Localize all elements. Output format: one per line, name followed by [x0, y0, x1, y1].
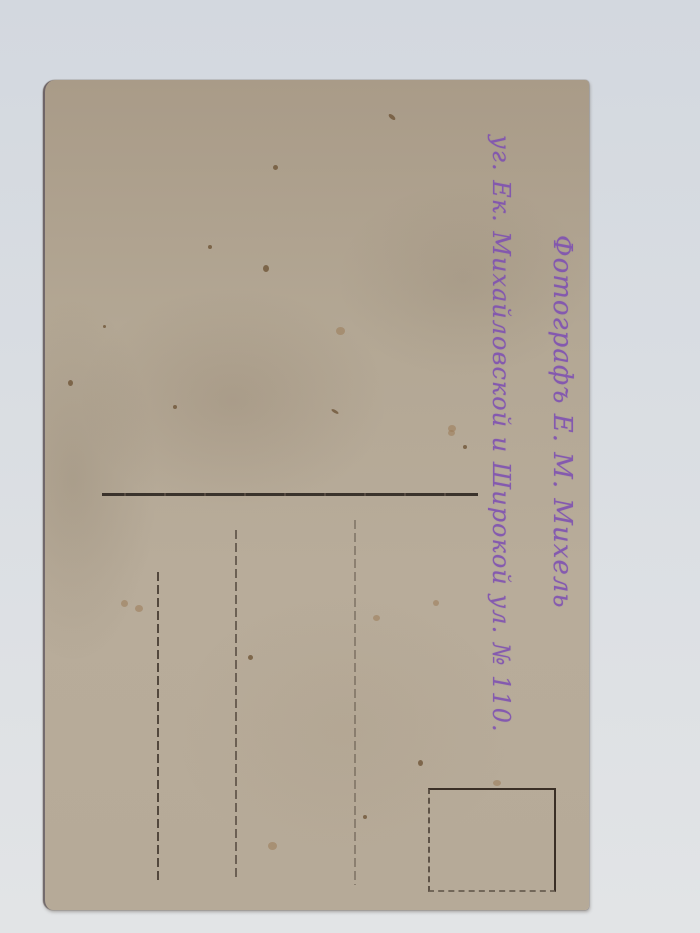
- stain: [418, 760, 423, 766]
- stain: [208, 245, 212, 249]
- stain: [135, 605, 143, 612]
- stain: [173, 405, 177, 409]
- address-line: [157, 572, 159, 884]
- photographer-stamp-name: Фотографъ Е. М. Михель: [547, 235, 577, 609]
- photographer-stamp-address: уг. Ек. Михайловской и Широкой ул. № 110…: [487, 135, 515, 733]
- stain: [68, 380, 73, 386]
- stain: [388, 113, 397, 121]
- stain: [493, 780, 501, 786]
- stain: [363, 815, 367, 819]
- address-line: [354, 520, 356, 885]
- stain: [463, 445, 467, 449]
- divider-line: [102, 493, 478, 496]
- stain: [121, 600, 128, 607]
- stain: [331, 408, 339, 415]
- stain: [433, 600, 439, 606]
- postage-stamp-box: [428, 788, 556, 892]
- stain: [268, 842, 277, 850]
- stain: [248, 655, 253, 660]
- stain: [263, 265, 269, 272]
- stain: [448, 430, 455, 436]
- stain: [273, 165, 278, 170]
- address-line: [235, 530, 237, 880]
- stain: [103, 325, 106, 328]
- stain: [373, 615, 380, 621]
- stain: [336, 327, 345, 335]
